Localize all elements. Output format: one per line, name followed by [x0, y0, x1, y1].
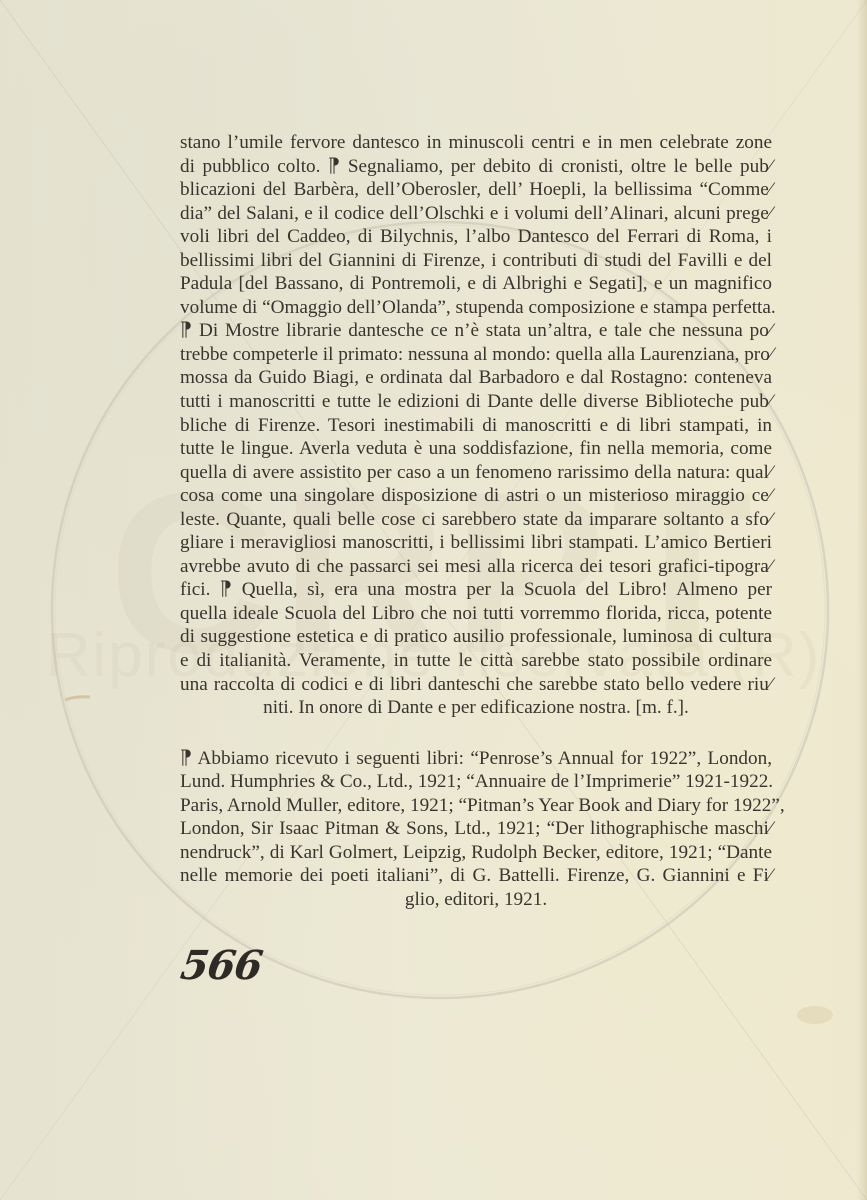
text-line: tutte le lingue. Averla veduta è una sod… [180, 437, 772, 461]
text-line: leste. Quante, quali belle cose ci sareb… [180, 508, 772, 532]
text-line: fici. ⁋ Quella, sì, era una mostra per l… [180, 578, 772, 602]
text-line: dia” del Salani, e il codice dell’Olschk… [180, 202, 772, 226]
text-line: gliare i meravigliosi manoscritti, i bel… [180, 531, 772, 555]
text-line: Paris, Arnold Muller, editore, 1921; “Pi… [180, 794, 772, 818]
text-line: una raccolta di codici e di libri dantes… [180, 673, 772, 697]
text-line: nelle memorie dei poeti italiani”, di G.… [180, 864, 772, 888]
paragraph-mostre: stano l’umile fervore dantesco in minusc… [180, 131, 772, 720]
paragraph-libri-ricevuti: ⁋ Abbiamo ricevuto i seguenti libri: “Pe… [180, 747, 772, 912]
text-line: stano l’umile fervore dantesco in minusc… [180, 131, 772, 155]
text-line: di suggestione estetica e di pratico aus… [180, 625, 772, 649]
text-line: di pubblico colto. ⁋ Segnaliamo, per deb… [180, 155, 772, 179]
paragraph-spacer [180, 720, 772, 747]
text-line-final: glio, editori, 1921. [180, 888, 772, 912]
text-line: London, Sir Isaac Pitman & Sons, Ltd., 1… [180, 817, 772, 841]
text-line: Lund. Humphries & Co., Ltd., 1921; “Annu… [180, 770, 772, 794]
text-line: quella di avere assistito per caso a un … [180, 461, 772, 485]
text-line: tutti i manoscritti e tutte le edizioni … [180, 390, 772, 414]
text-line: avrebbe avuto di che passarci sei mesi a… [180, 555, 772, 579]
text-column: stano l’umile fervore dantesco in minusc… [180, 131, 772, 912]
text-line: voli libri del Caddeo, di Bilychnis, l’a… [180, 225, 772, 249]
text-line: ⁋ Di Mostre librarie dantesche ce n’è st… [180, 319, 772, 343]
text-line: cosa come una singolare disposizione di … [180, 484, 772, 508]
page-edge-shadow [857, 0, 867, 1200]
text-line: mossa da Guido Biagi, e ordinata dal Bar… [180, 366, 772, 390]
text-line: Padula [del Bassano, di Pontremoli, e di… [180, 272, 772, 296]
text-line: ⁋ Abbiamo ricevuto i seguenti libri: “Pe… [180, 747, 772, 771]
text-line: blicazioni del Barbèra, dell’Oberosler, … [180, 178, 772, 202]
text-line: trebbe competerle il primato: nessuna al… [180, 343, 772, 367]
text-line: quella ideale Scuola del Libro che noi t… [180, 602, 772, 626]
text-line: volume di “Omaggio dell’Olanda”, stupend… [180, 296, 772, 320]
text-line: bliche di Firenze. Tesori inestimabili d… [180, 414, 772, 438]
text-line-final: niti. In onore di Dante e per edificazio… [180, 696, 772, 720]
text-line: e di italianità. Veramente, in tutte le … [180, 649, 772, 673]
text-line: bellissimi libri del Giannini di Firenze… [180, 249, 772, 273]
text-line: nendruck”, di Karl Golmert, Leipzig, Rud… [180, 841, 772, 865]
page-number: 566 [178, 942, 265, 989]
